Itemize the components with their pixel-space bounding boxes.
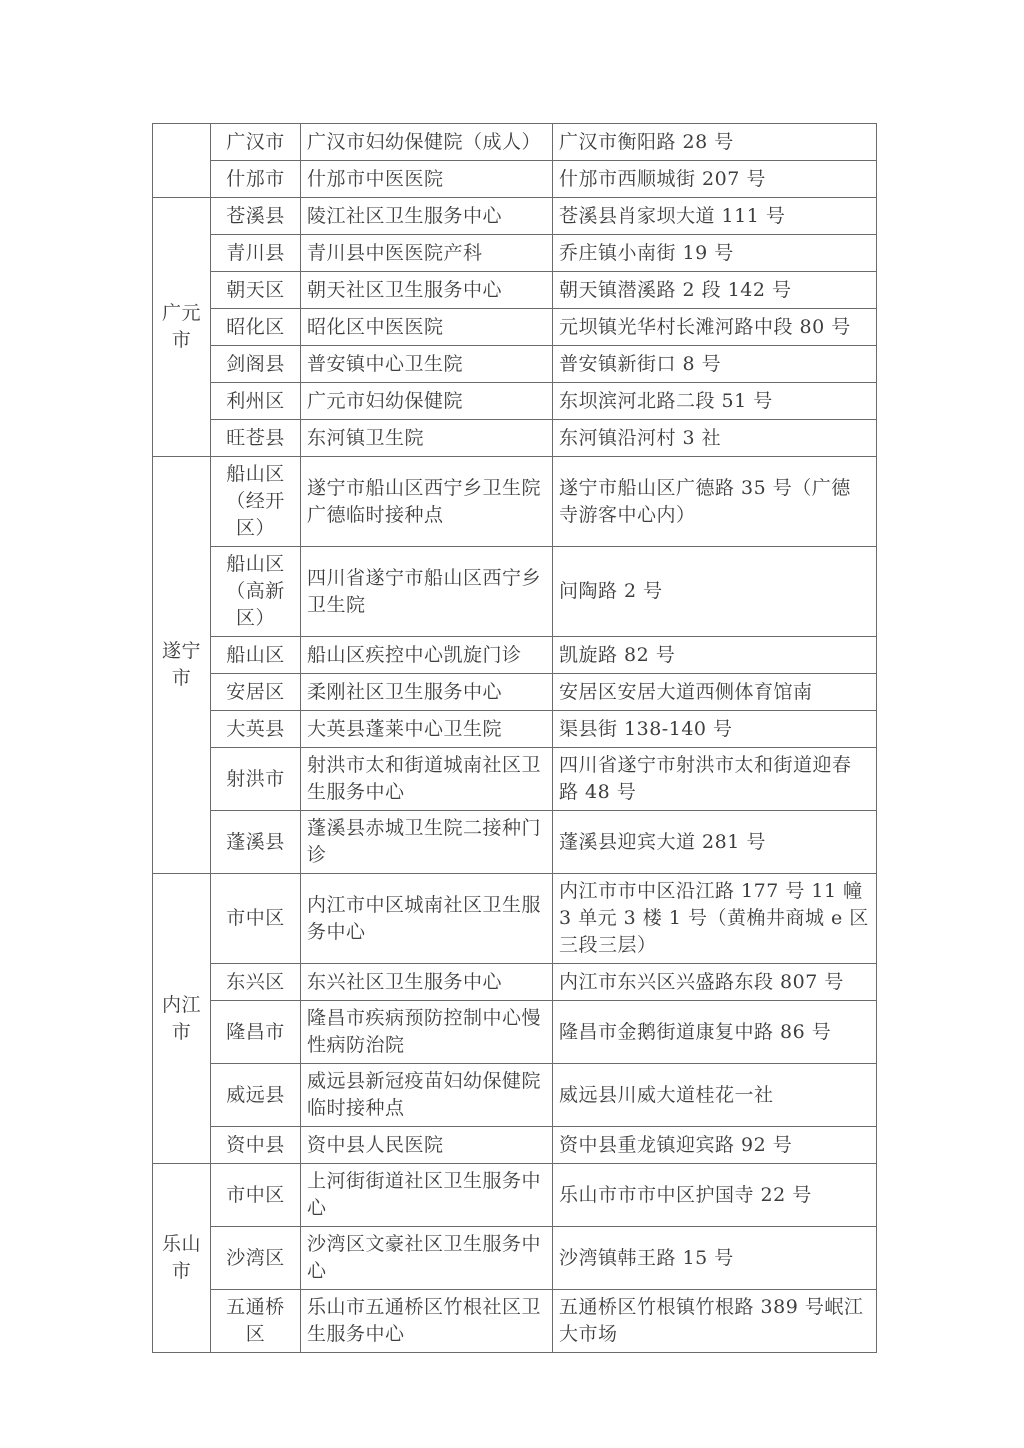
district-cell: 青川县	[211, 235, 301, 272]
district-cell: 旺苍县	[211, 420, 301, 457]
address-cell: 内江市东兴区兴盛路东段 807 号	[553, 964, 877, 1001]
address-cell: 什邡市西顺城街 207 号	[553, 161, 877, 198]
district-cell: 射洪市	[211, 748, 301, 811]
institution-cell: 普安镇中心卫生院	[301, 346, 553, 383]
district-cell: 沙湾区	[211, 1227, 301, 1290]
table-row: 船山区（高新区）四川省遂宁市船山区西宁乡卫生院问陶路 2 号	[153, 547, 877, 637]
institution-cell: 上河街街道社区卫生服务中心	[301, 1164, 553, 1227]
institution-cell: 东兴社区卫生服务中心	[301, 964, 553, 1001]
city-group-cell: 内江市	[153, 874, 211, 1164]
document-page: 广汉市广汉市妇幼保健院（成人）广汉市衡阳路 28 号什邡市什邡市中医医院什邡市西…	[0, 0, 1024, 1448]
district-cell: 蓬溪县	[211, 811, 301, 874]
district-cell: 市中区	[211, 874, 301, 964]
address-cell: 朝天镇潜溪路 2 段 142 号	[553, 272, 877, 309]
address-cell: 沙湾镇韩王路 15 号	[553, 1227, 877, 1290]
table-row: 资中县资中县人民医院资中县重龙镇迎宾路 92 号	[153, 1127, 877, 1164]
address-cell: 安居区安居大道西侧体育馆南	[553, 674, 877, 711]
city-group-cell: 广元市	[153, 198, 211, 457]
table-row: 旺苍县东河镇卫生院东河镇沿河村 3 社	[153, 420, 877, 457]
table-row: 昭化区昭化区中医医院元坝镇光华村长滩河路中段 80 号	[153, 309, 877, 346]
address-cell: 东坝滨河北路二段 51 号	[553, 383, 877, 420]
table-row: 五通桥区乐山市五通桥区竹根社区卫生服务中心五通桥区竹根镇竹根路 389 号岷江大…	[153, 1290, 877, 1353]
district-cell: 资中县	[211, 1127, 301, 1164]
district-cell: 什邡市	[211, 161, 301, 198]
district-cell: 苍溪县	[211, 198, 301, 235]
table-row: 什邡市什邡市中医医院什邡市西顺城街 207 号	[153, 161, 877, 198]
institution-cell: 遂宁市船山区西宁乡卫生院广德临时接种点	[301, 457, 553, 547]
table-row: 乐山市市中区上河街街道社区卫生服务中心乐山市市市中区护国寺 22 号	[153, 1164, 877, 1227]
table-row: 射洪市射洪市太和街道城南社区卫生服务中心四川省遂宁市射洪市太和街道迎春路 48 …	[153, 748, 877, 811]
table-row: 广汉市广汉市妇幼保健院（成人）广汉市衡阳路 28 号	[153, 124, 877, 161]
district-cell: 安居区	[211, 674, 301, 711]
address-cell: 凯旋路 82 号	[553, 637, 877, 674]
district-cell: 利州区	[211, 383, 301, 420]
institution-cell: 广汉市妇幼保健院（成人）	[301, 124, 553, 161]
institution-cell: 广元市妇幼保健院	[301, 383, 553, 420]
district-cell: 广汉市	[211, 124, 301, 161]
table-row: 大英县大英县蓬莱中心卫生院渠县街 138-140 号	[153, 711, 877, 748]
institution-cell: 射洪市太和街道城南社区卫生服务中心	[301, 748, 553, 811]
institution-cell: 柔刚社区卫生服务中心	[301, 674, 553, 711]
address-cell: 渠县街 138-140 号	[553, 711, 877, 748]
district-cell: 剑阁县	[211, 346, 301, 383]
institution-cell: 沙湾区文豪社区卫生服务中心	[301, 1227, 553, 1290]
locations-table-body: 广汉市广汉市妇幼保健院（成人）广汉市衡阳路 28 号什邡市什邡市中医医院什邡市西…	[153, 124, 877, 1353]
address-cell: 乐山市市市中区护国寺 22 号	[553, 1164, 877, 1227]
district-cell: 市中区	[211, 1164, 301, 1227]
address-cell: 五通桥区竹根镇竹根路 389 号岷江大市场	[553, 1290, 877, 1353]
table-row: 内江市市中区内江市中区城南社区卫生服务中心内江市市中区沿江路 177 号 11 …	[153, 874, 877, 964]
address-cell: 元坝镇光华村长滩河路中段 80 号	[553, 309, 877, 346]
institution-cell: 内江市中区城南社区卫生服务中心	[301, 874, 553, 964]
address-cell: 乔庄镇小南街 19 号	[553, 235, 877, 272]
district-cell: 五通桥区	[211, 1290, 301, 1353]
address-cell: 东河镇沿河村 3 社	[553, 420, 877, 457]
table-row: 东兴区东兴社区卫生服务中心内江市东兴区兴盛路东段 807 号	[153, 964, 877, 1001]
address-cell: 苍溪县肖家坝大道 111 号	[553, 198, 877, 235]
institution-cell: 乐山市五通桥区竹根社区卫生服务中心	[301, 1290, 553, 1353]
address-cell: 四川省遂宁市射洪市太和街道迎春路 48 号	[553, 748, 877, 811]
table-row: 朝天区朝天社区卫生服务中心朝天镇潜溪路 2 段 142 号	[153, 272, 877, 309]
table-row: 遂宁市船山区（经开区）遂宁市船山区西宁乡卫生院广德临时接种点遂宁市船山区广德路 …	[153, 457, 877, 547]
district-cell: 船山区（高新区）	[211, 547, 301, 637]
institution-cell: 蓬溪县赤城卫生院二接种门诊	[301, 811, 553, 874]
district-cell: 船山区	[211, 637, 301, 674]
district-cell: 隆昌市	[211, 1001, 301, 1064]
institution-cell: 东河镇卫生院	[301, 420, 553, 457]
institution-cell: 昭化区中医医院	[301, 309, 553, 346]
table-row: 利州区广元市妇幼保健院东坝滨河北路二段 51 号	[153, 383, 877, 420]
vaccination-sites-table: 广汉市广汉市妇幼保健院（成人）广汉市衡阳路 28 号什邡市什邡市中医医院什邡市西…	[152, 123, 877, 1353]
address-cell: 遂宁市船山区广德路 35 号（广德寺游客中心内）	[553, 457, 877, 547]
institution-cell: 大英县蓬莱中心卫生院	[301, 711, 553, 748]
institution-cell: 陵江社区卫生服务中心	[301, 198, 553, 235]
address-cell: 隆昌市金鹅街道康复中路 86 号	[553, 1001, 877, 1064]
address-cell: 广汉市衡阳路 28 号	[553, 124, 877, 161]
table-row: 隆昌市隆昌市疾病预防控制中心慢性病防治院隆昌市金鹅街道康复中路 86 号	[153, 1001, 877, 1064]
address-cell: 问陶路 2 号	[553, 547, 877, 637]
district-cell: 昭化区	[211, 309, 301, 346]
address-cell: 资中县重龙镇迎宾路 92 号	[553, 1127, 877, 1164]
address-cell: 威远县川威大道桂花一社	[553, 1064, 877, 1127]
city-group-cell: 遂宁市	[153, 457, 211, 874]
table-row: 蓬溪县蓬溪县赤城卫生院二接种门诊蓬溪县迎宾大道 281 号	[153, 811, 877, 874]
address-cell: 内江市市中区沿江路 177 号 11 幢 3 单元 3 楼 1 号（黄桷井商城 …	[553, 874, 877, 964]
table-row: 青川县青川县中医医院产科乔庄镇小南街 19 号	[153, 235, 877, 272]
table-row: 船山区船山区疾控中心凯旋门诊凯旋路 82 号	[153, 637, 877, 674]
institution-cell: 朝天社区卫生服务中心	[301, 272, 553, 309]
institution-cell: 资中县人民医院	[301, 1127, 553, 1164]
table-row: 安居区柔刚社区卫生服务中心安居区安居大道西侧体育馆南	[153, 674, 877, 711]
address-cell: 蓬溪县迎宾大道 281 号	[553, 811, 877, 874]
institution-cell: 四川省遂宁市船山区西宁乡卫生院	[301, 547, 553, 637]
institution-cell: 隆昌市疾病预防控制中心慢性病防治院	[301, 1001, 553, 1064]
institution-cell: 什邡市中医医院	[301, 161, 553, 198]
district-cell: 大英县	[211, 711, 301, 748]
city-group-cell: 乐山市	[153, 1164, 211, 1353]
district-cell: 朝天区	[211, 272, 301, 309]
table-row: 沙湾区沙湾区文豪社区卫生服务中心沙湾镇韩王路 15 号	[153, 1227, 877, 1290]
institution-cell: 青川县中医医院产科	[301, 235, 553, 272]
table-row: 广元市苍溪县陵江社区卫生服务中心苍溪县肖家坝大道 111 号	[153, 198, 877, 235]
city-group-cell	[153, 124, 211, 198]
address-cell: 普安镇新街口 8 号	[553, 346, 877, 383]
district-cell: 东兴区	[211, 964, 301, 1001]
institution-cell: 船山区疾控中心凯旋门诊	[301, 637, 553, 674]
institution-cell: 威远县新冠疫苗妇幼保健院临时接种点	[301, 1064, 553, 1127]
table-row: 剑阁县普安镇中心卫生院普安镇新街口 8 号	[153, 346, 877, 383]
district-cell: 威远县	[211, 1064, 301, 1127]
district-cell: 船山区（经开区）	[211, 457, 301, 547]
table-row: 威远县威远县新冠疫苗妇幼保健院临时接种点威远县川威大道桂花一社	[153, 1064, 877, 1127]
